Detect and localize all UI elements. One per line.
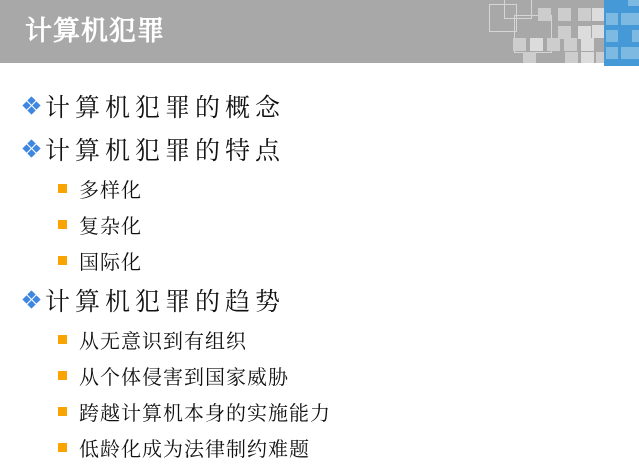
list-item-text: 跨越计算机本身的实施能力 [79, 397, 331, 426]
slide-title: 计算机犯罪 [25, 9, 165, 48]
list-item: 跨越计算机本身的实施能力 [0, 393, 639, 429]
deco-square [578, 8, 591, 21]
four-diamonds-bullet-icon [22, 290, 41, 309]
slide: 计算机犯罪 计算机犯罪的概念 计算机犯罪的特点 多样化 复杂化 [0, 0, 639, 474]
list-item-text: 计算机犯罪的特点 [45, 131, 285, 167]
blue-square [632, 30, 639, 42]
deco-square [558, 8, 571, 21]
four-diamonds-bullet-icon [22, 139, 41, 158]
deco-square [581, 38, 594, 51]
blue-square [606, 30, 618, 42]
square-bullet-icon [58, 220, 67, 229]
list-item-text: 复杂化 [79, 210, 142, 239]
deco-square [564, 38, 577, 51]
list-item-text: 从无意识到有组织 [79, 325, 247, 354]
list-item: 低龄化成为法律制约难题 [0, 429, 639, 465]
blue-square [606, 47, 618, 59]
slide-header: 计算机犯罪 [0, 0, 639, 63]
bullet-list: 计算机犯罪的概念 计算机犯罪的特点 多样化 复杂化 国际化 计算机犯罪的趋势 从… [0, 84, 639, 465]
deco-square [530, 38, 543, 51]
four-diamonds-bullet-icon [22, 96, 41, 115]
square-bullet-icon [58, 184, 67, 193]
blue-square [632, 13, 639, 25]
square-bullet-icon [58, 335, 67, 344]
square-bullet-icon [58, 256, 67, 265]
deco-square [581, 52, 594, 63]
list-item: 国际化 [0, 242, 639, 278]
list-item-text: 从个体侵害到国家威胁 [79, 361, 289, 390]
blue-strip-decoration [604, 0, 639, 66]
deco-square [513, 38, 526, 51]
list-item-text: 计算机犯罪的趋势 [45, 282, 285, 318]
list-item: 从个体侵害到国家威胁 [0, 357, 639, 393]
deco-square [565, 52, 578, 63]
list-item: 计算机犯罪的趋势 [0, 278, 639, 321]
blue-square [606, 13, 618, 25]
list-item: 计算机犯罪的概念 [0, 84, 639, 127]
deco-square [547, 38, 560, 51]
square-bullet-icon [58, 407, 67, 416]
list-item: 从无意识到有组织 [0, 321, 639, 357]
square-bullet-icon [58, 443, 67, 452]
blue-square [628, 0, 639, 6]
list-item: 多样化 [0, 170, 639, 206]
list-item-text: 国际化 [79, 246, 142, 275]
deco-square [538, 8, 551, 21]
list-item: 复杂化 [0, 206, 639, 242]
list-item-text: 计算机犯罪的概念 [45, 88, 285, 124]
list-item-text: 低龄化成为法律制约难题 [79, 433, 310, 462]
square-bullet-icon [58, 371, 67, 380]
blue-square [632, 47, 639, 59]
list-item: 计算机犯罪的特点 [0, 127, 639, 170]
deco-square [523, 52, 536, 63]
list-item-text: 多样化 [79, 174, 142, 203]
